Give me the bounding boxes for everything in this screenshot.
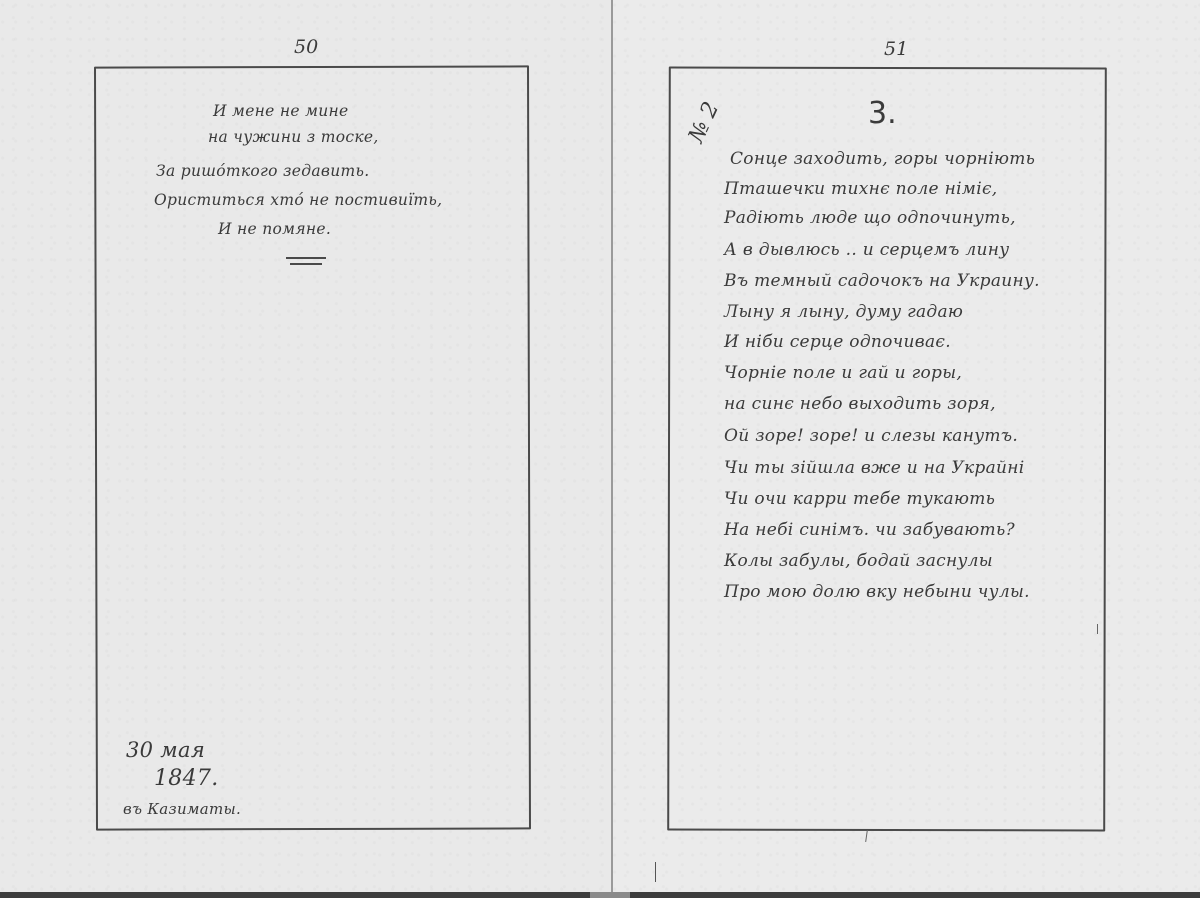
poem-line: Чи очи карри тебе тукають: [724, 491, 995, 508]
divider-line-bottom: [290, 263, 322, 265]
poem-line: И мене не мине: [213, 104, 349, 120]
poem-line: Радіють люде що одпочинуть,: [724, 210, 1016, 227]
poem-line: Колы забулы, бодай заснулы: [724, 553, 993, 570]
poem-line: на чужини з тоске,: [208, 130, 379, 146]
poem-line: на синє небо выходить зоря,: [724, 396, 996, 413]
book-gutter: [611, 0, 613, 892]
poem-line: На небі синімъ. чи забувають?: [724, 522, 1015, 539]
date-year: 1847.: [154, 766, 218, 791]
pencil-mark: [655, 862, 656, 882]
poem-line: Въ темный садочокъ на Украину.: [724, 273, 1040, 290]
date-place: въ Казиматы.: [123, 800, 241, 818]
right-page-number: 51: [884, 38, 908, 60]
poem-line: Ой зоре! зоре! и слезы канутъ.: [724, 428, 1018, 445]
poem-line: За ришо́ткого зедавить.: [156, 164, 369, 180]
poem-line: Чи ты зійшла вже и на Украйні: [724, 460, 1025, 477]
left-page: 50 И мене не мине на чужини з тоске, За …: [0, 0, 612, 892]
poem-line: Ориститься хто́ не постивиїть,: [154, 193, 442, 209]
poem-line: Чорніе поле и гай и горы,: [724, 365, 962, 382]
poem-line: Сонце заходить, горы чорніють: [730, 151, 1035, 168]
date-day-month: 30 мая: [126, 738, 205, 762]
spine-highlight: [590, 892, 630, 898]
poem-line: Лыну я лыну, думу гадаю: [724, 304, 963, 321]
pencil-mark: [1097, 624, 1098, 634]
divider-line-top: [286, 257, 326, 259]
poem-number: 3.: [868, 96, 897, 131]
poem-line: Пташечки тихнє поле німіє,: [724, 181, 997, 198]
poem-line: И не помяне.: [218, 222, 331, 238]
manuscript-spread: 50 И мене не мине на чужини з тоске, За …: [0, 0, 1200, 898]
book-bottom-edge: [0, 892, 1200, 898]
left-page-number: 50: [294, 36, 318, 58]
poem-line: А в дывлюсь .. и серцемъ лину: [724, 242, 1009, 259]
poem-line: И ніби серце одпочиває.: [724, 334, 951, 351]
left-page-frame: [94, 65, 531, 830]
poem-line: Про мою долю вку небыни чулы.: [724, 584, 1030, 601]
